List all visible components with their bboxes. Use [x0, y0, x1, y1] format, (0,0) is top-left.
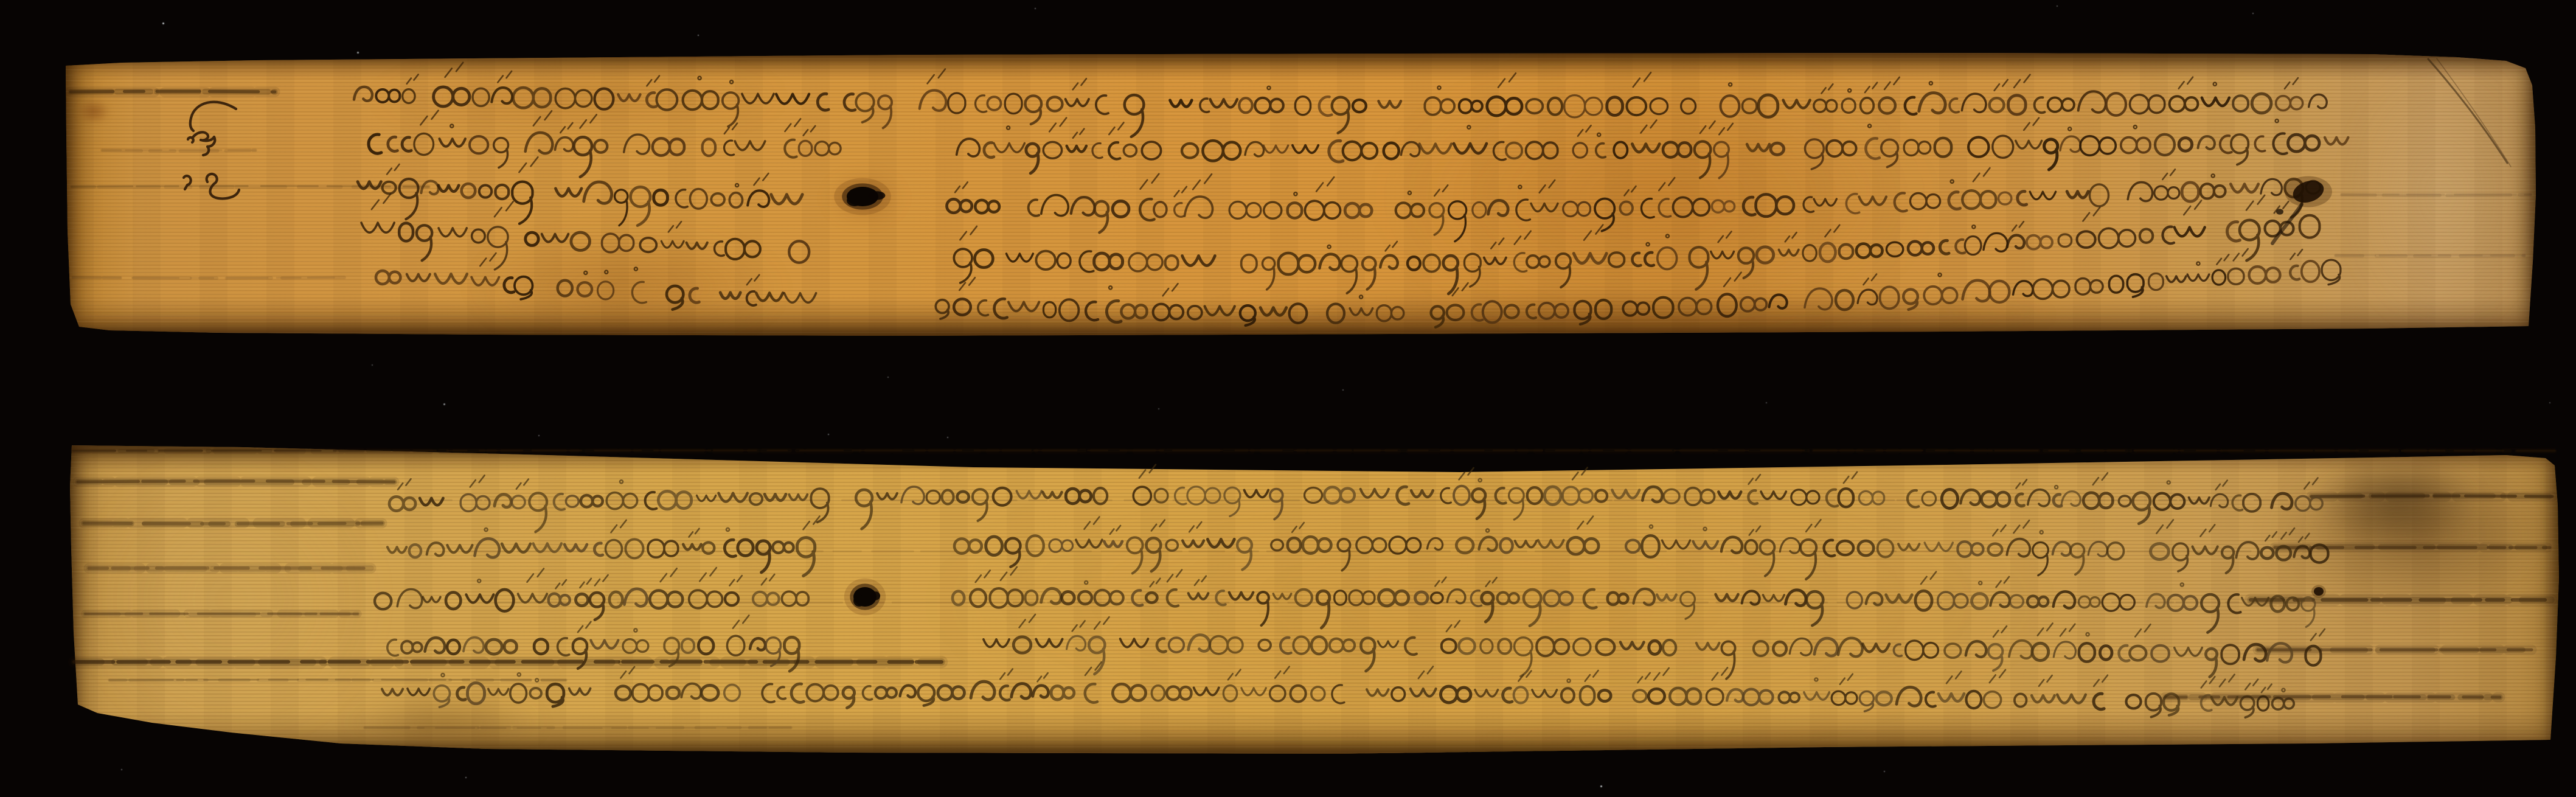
script-diacritic [1139, 465, 1156, 478]
script-diacritic [1189, 522, 1201, 532]
grain-streak [78, 481, 394, 482]
script-diacritic [2285, 78, 2298, 89]
script-glyph [598, 282, 614, 299]
script-glyph [973, 489, 988, 521]
script-glyph [2206, 649, 2217, 677]
script-diacritic [700, 568, 717, 581]
script-glyph [723, 92, 739, 127]
script-diacritic [976, 571, 990, 583]
script-glyph [1005, 538, 1021, 567]
script-glyph [2220, 136, 2232, 153]
script-glyph [2231, 184, 2258, 193]
script-diacritic [2245, 680, 2258, 690]
script-diacritic [595, 575, 608, 586]
binding-hole-shape [847, 195, 863, 206]
script-diacritic [1518, 186, 1521, 189]
script-glyph [1903, 290, 1918, 310]
script-glyph [475, 538, 499, 557]
script-glyph [591, 640, 618, 648]
script-glyph [2233, 96, 2248, 111]
script-glyph [2033, 542, 2049, 575]
script-glyph [2030, 192, 2055, 200]
script-glyph [1662, 540, 1690, 549]
script-glyph [1693, 541, 1718, 549]
script-diacritic [1994, 80, 2008, 91]
script-glyph [1016, 491, 1041, 498]
script-glyph [1861, 98, 1874, 114]
script-glyph [434, 686, 450, 708]
script-glyph [1361, 638, 1375, 671]
script-glyph [1483, 301, 1502, 322]
binding-hole [844, 579, 886, 616]
script-diacritic [955, 182, 968, 192]
script-glyph [2033, 279, 2069, 299]
script-glyph [1175, 203, 1184, 217]
script-glyph [1574, 301, 1591, 324]
script-glyph [1623, 302, 1649, 316]
script-glyph [1125, 95, 1144, 137]
script-diacritic [1019, 614, 1035, 628]
script-glyph [1814, 199, 1836, 206]
script-glyph [661, 241, 684, 248]
script-glyph [1756, 194, 1794, 216]
script-glyph [447, 640, 460, 654]
script-diacritic [1724, 273, 1741, 287]
script-glyph [2187, 274, 2209, 281]
script-diacritic [1491, 238, 1504, 249]
script-diacritic [1712, 667, 1727, 680]
script-glyph [417, 225, 432, 260]
script-glyph [1949, 99, 1959, 113]
script-diacritic [634, 628, 637, 632]
script-glyph [863, 686, 872, 700]
script-diacritic [1650, 525, 1653, 528]
script-glyph [1043, 142, 1061, 158]
script-glyph [791, 684, 804, 702]
script-diacritic [407, 74, 418, 83]
script-glyph [1350, 308, 1372, 315]
script-diacritic [1316, 177, 1334, 192]
script-glyph [1620, 642, 1644, 649]
script-diacritic [1195, 576, 1206, 585]
script-diacritic [2246, 195, 2265, 211]
script-glyph [1910, 193, 1940, 209]
script-glyph [1223, 686, 1237, 701]
script-glyph [776, 94, 809, 104]
script-glyph [1157, 638, 1166, 652]
script-diacritic [1729, 83, 1732, 86]
script-glyph [1257, 592, 1269, 625]
script-diacritic [1359, 295, 1363, 298]
script-glyph [1718, 294, 1737, 316]
script-diacritic [1865, 83, 1877, 92]
script-glyph [2133, 493, 2150, 524]
script-glyph [1897, 687, 1921, 706]
script-diacritic [1109, 286, 1112, 289]
script-glyph [1411, 490, 1433, 497]
script-glyph [1984, 692, 2001, 708]
script-glyph [1935, 138, 1951, 157]
script-glyph [1498, 593, 1519, 604]
script-glyph [987, 97, 1001, 110]
script-diacritic [398, 479, 411, 490]
script-glyph [975, 96, 986, 112]
script-diacritic [2060, 624, 2075, 636]
script-glyph [1800, 540, 1816, 579]
script-glyph [762, 684, 774, 702]
script-glyph [1487, 97, 1522, 116]
script-glyph [470, 136, 488, 153]
script-glyph [1804, 692, 1830, 700]
script-glyph [1614, 142, 1627, 158]
script-glyph [1527, 305, 1536, 318]
script-glyph [1169, 638, 1184, 652]
script-glyph [1757, 247, 1774, 263]
script-glyph [1895, 193, 1907, 211]
ink-blot-halo [2285, 176, 2332, 207]
script-glyph [1743, 689, 1773, 705]
script-glyph [784, 293, 816, 303]
script-glyph [1071, 197, 1095, 215]
script-glyph [2054, 642, 2075, 659]
script-glyph [1210, 636, 1243, 654]
script-glyph [1441, 686, 1471, 703]
script-glyph [647, 92, 656, 106]
script-glyph [2044, 139, 2058, 170]
script-diacritic [1163, 284, 1178, 296]
script-diacritic [477, 579, 481, 582]
script-diacritic [1459, 468, 1474, 479]
script-glyph [488, 227, 508, 270]
script-glyph [1194, 687, 1219, 695]
script-diacritic [1993, 626, 2007, 637]
script-diacritic [1000, 669, 1013, 680]
script-glyph [2121, 137, 2150, 153]
script-glyph [1515, 638, 1533, 677]
script-glyph [1096, 96, 1108, 114]
script-diacritic [605, 271, 608, 274]
script-glyph [1029, 200, 1040, 215]
script-glyph [2163, 227, 2174, 244]
script-glyph [742, 94, 774, 103]
script-glyph [1060, 299, 1079, 321]
script-diacritic [1938, 273, 1941, 276]
script-glyph [2322, 260, 2341, 285]
script-glyph [403, 89, 415, 103]
script-glyph [789, 241, 809, 262]
script-glyph [1690, 247, 1709, 289]
crack-line [2428, 59, 2507, 163]
script-glyph [2149, 273, 2164, 290]
script-diacritic [1486, 577, 1497, 586]
script-glyph [375, 593, 391, 610]
script-diacritic [1704, 527, 1707, 531]
script-glyph [1260, 308, 1286, 316]
script-diacritic [634, 268, 637, 271]
script-diacritic [1167, 570, 1182, 582]
script-glyph [434, 87, 470, 106]
script-diacritic [1700, 121, 1715, 133]
script-diacritic [1435, 577, 1446, 586]
script-glyph [471, 277, 499, 285]
script-glyph [757, 541, 770, 573]
script-glyph [623, 639, 648, 653]
script-diacritic [2162, 169, 2175, 179]
script-glyph [1036, 251, 1055, 270]
script-glyph [1167, 686, 1191, 700]
script-glyph [726, 239, 760, 259]
script-glyph [1779, 249, 1799, 256]
script-glyph [569, 689, 591, 695]
script-glyph [1127, 537, 1143, 573]
script-diacritic [689, 529, 700, 537]
script-glyph [1574, 638, 1591, 655]
script-glyph [756, 293, 783, 301]
script-glyph [624, 134, 650, 154]
script-glyph [772, 542, 793, 553]
script-diacritic [1973, 168, 1990, 181]
script-glyph [457, 687, 466, 700]
script-glyph [1311, 687, 1325, 701]
script-glyph [1319, 97, 1332, 116]
script-glyph [1498, 639, 1511, 653]
script-glyph [1790, 638, 1811, 655]
script-diacritic [1267, 86, 1270, 89]
script-glyph [2173, 543, 2189, 571]
script-glyph [1509, 488, 1524, 520]
script-glyph [1993, 136, 2013, 158]
script-glyph [1189, 593, 1209, 599]
script-glyph [2221, 645, 2239, 664]
script-glyph [584, 182, 612, 203]
script-diacritic [785, 119, 801, 131]
script-glyph [354, 87, 372, 101]
script-diacritic [960, 226, 977, 240]
script-glyph [2182, 183, 2198, 201]
script-glyph [1188, 306, 1202, 319]
script-glyph [1229, 593, 1253, 600]
script-glyph [1905, 97, 1917, 114]
script-glyph [920, 91, 946, 111]
script-glyph [1411, 689, 1436, 696]
script-diacritic [1929, 82, 1932, 85]
script-diacritic [2094, 675, 2108, 686]
script-glyph [1532, 690, 1557, 697]
script-glyph [1041, 195, 1068, 216]
script-glyph [1291, 686, 1306, 702]
script-glyph [1673, 197, 1710, 217]
script-diacritic [747, 275, 759, 285]
script-glyph [1442, 639, 1456, 653]
script-diacritic [698, 77, 701, 80]
script-glyph [2016, 141, 2042, 148]
script-glyph [1663, 142, 1691, 158]
script-lines [354, 63, 2348, 327]
script-glyph [631, 187, 650, 225]
script-glyph [681, 684, 701, 699]
script-glyph [2075, 278, 2103, 294]
script-glyph [799, 141, 811, 156]
script-glyph [818, 94, 828, 110]
script-glyph [1189, 635, 1210, 652]
script-glyph [1293, 636, 1309, 653]
script-diacritic [1228, 670, 1241, 680]
script-diacritic [1294, 192, 1297, 195]
script-glyph [2015, 694, 2027, 706]
script-diacritic [733, 615, 749, 628]
script-diacritic [1007, 127, 1010, 130]
script-diacritic [1996, 577, 2009, 587]
script-glyph [2261, 179, 2282, 195]
script-glyph [1104, 541, 1122, 547]
script-glyph [747, 291, 756, 305]
script-diacritic [2012, 221, 2024, 231]
script-glyph [2212, 270, 2226, 285]
script-diacritic [661, 568, 677, 582]
script-diacritic [1844, 472, 1857, 483]
script-glyph [1804, 197, 1814, 212]
script-diacritic [1328, 245, 1331, 248]
binding-hole [834, 178, 891, 215]
script-glyph [698, 638, 713, 654]
script-glyph [1290, 304, 1307, 323]
script-glyph [1999, 192, 2012, 204]
script-diacritic [1275, 667, 1289, 678]
script-glyph [618, 94, 640, 101]
script-glyph [1443, 256, 1458, 294]
script-diacritic [1718, 232, 1732, 243]
script-glyph [1607, 97, 1623, 116]
script-glyph [2175, 648, 2203, 656]
script-diacritic [2039, 675, 2052, 686]
script-glyph [1428, 538, 1443, 549]
script-diacritic [420, 111, 438, 125]
script-glyph [1966, 641, 1987, 657]
script-glyph [1207, 539, 1234, 547]
script-glyph [1488, 200, 1508, 215]
script-glyph [1681, 99, 1696, 114]
script-glyph [1876, 692, 1892, 705]
script-glyph [978, 301, 988, 316]
script-diacritic [495, 201, 513, 217]
script-diacritic [2216, 481, 2227, 490]
script-glyph [1721, 96, 1740, 117]
script-glyph [1940, 240, 1949, 254]
script-glyph [2227, 222, 2240, 241]
script-diacritic [2016, 479, 2027, 488]
script-glyph [1405, 638, 1417, 655]
script-glyph [2155, 134, 2175, 155]
script-glyph [1879, 97, 1895, 113]
script-glyph [1527, 256, 1550, 268]
script-glyph [682, 639, 694, 653]
script-diacritic [2156, 520, 2173, 533]
script-glyph [2154, 186, 2179, 200]
script-glyph [1727, 689, 1743, 701]
script-glyph [1080, 251, 1094, 272]
script-glyph [1706, 689, 1723, 705]
script-diacritic [1175, 187, 1187, 197]
script-glyph [1311, 636, 1327, 654]
script-glyph [1494, 142, 1506, 159]
script-glyph [1839, 245, 1853, 259]
script-glyph [654, 190, 668, 205]
script-glyph [1241, 255, 1257, 273]
script-glyph [771, 195, 802, 204]
script-glyph [843, 687, 855, 708]
script-glyph [954, 299, 971, 315]
script-glyph [1240, 305, 1255, 325]
script-diacritic [1038, 673, 1048, 681]
script-glyph [1741, 298, 1767, 311]
script-glyph [2272, 698, 2294, 709]
script-glyph [1121, 305, 1147, 319]
script-diacritic [2200, 524, 2215, 536]
script-glyph [1846, 194, 1859, 214]
script-glyph [2130, 646, 2146, 661]
script-glyph [2060, 136, 2080, 152]
script-glyph [936, 300, 949, 319]
script-glyph [2179, 138, 2192, 151]
script-glyph [2048, 97, 2074, 111]
script-glyph [954, 249, 972, 283]
script-diacritic [1654, 668, 1669, 680]
script-diacritic [1633, 72, 1651, 87]
script-glyph [1067, 636, 1086, 650]
script-glyph [2094, 694, 2104, 709]
script-glyph [1423, 255, 1440, 272]
ink-blot-dot [2276, 209, 2283, 215]
script-diacritic [2014, 520, 2030, 533]
script-diacritic [527, 568, 544, 582]
script-diacritic [560, 123, 572, 133]
script-glyph [1293, 145, 1318, 153]
script-glyph [2296, 496, 2322, 510]
script-glyph [1241, 688, 1266, 695]
script-glyph [1773, 642, 1786, 656]
script-glyph [1663, 640, 1676, 655]
script-glyph [1714, 142, 1729, 178]
grain-streak [71, 91, 275, 92]
script-glyph [615, 190, 628, 226]
script-glyph [2106, 93, 2126, 116]
script-diacritic [2196, 262, 2199, 265]
script-glyph [399, 223, 413, 242]
script-glyph [1779, 692, 1800, 703]
script-glyph [1026, 144, 1039, 173]
script-glyph [1165, 256, 1178, 270]
script-glyph [1154, 202, 1167, 217]
script-glyph [1025, 96, 1041, 124]
script-diacritic [1822, 84, 1833, 93]
palm-leaf-bottom-ink [73, 450, 2555, 728]
script-glyph [811, 489, 828, 522]
script-glyph [1805, 288, 1832, 309]
script-glyph [1641, 199, 1654, 218]
script-glyph [1561, 688, 1574, 702]
script-glyph [1447, 305, 1464, 320]
script-glyph [510, 684, 527, 703]
script-glyph [1085, 684, 1097, 702]
script-diacritic [928, 69, 945, 84]
script-glyph [1200, 99, 1209, 112]
script-glyph [534, 639, 547, 654]
script-diacritic [2038, 623, 2053, 635]
script-glyph [640, 238, 656, 252]
script-glyph [468, 683, 485, 703]
script-glyph [2013, 281, 2033, 296]
script-glyph [1007, 254, 1033, 262]
